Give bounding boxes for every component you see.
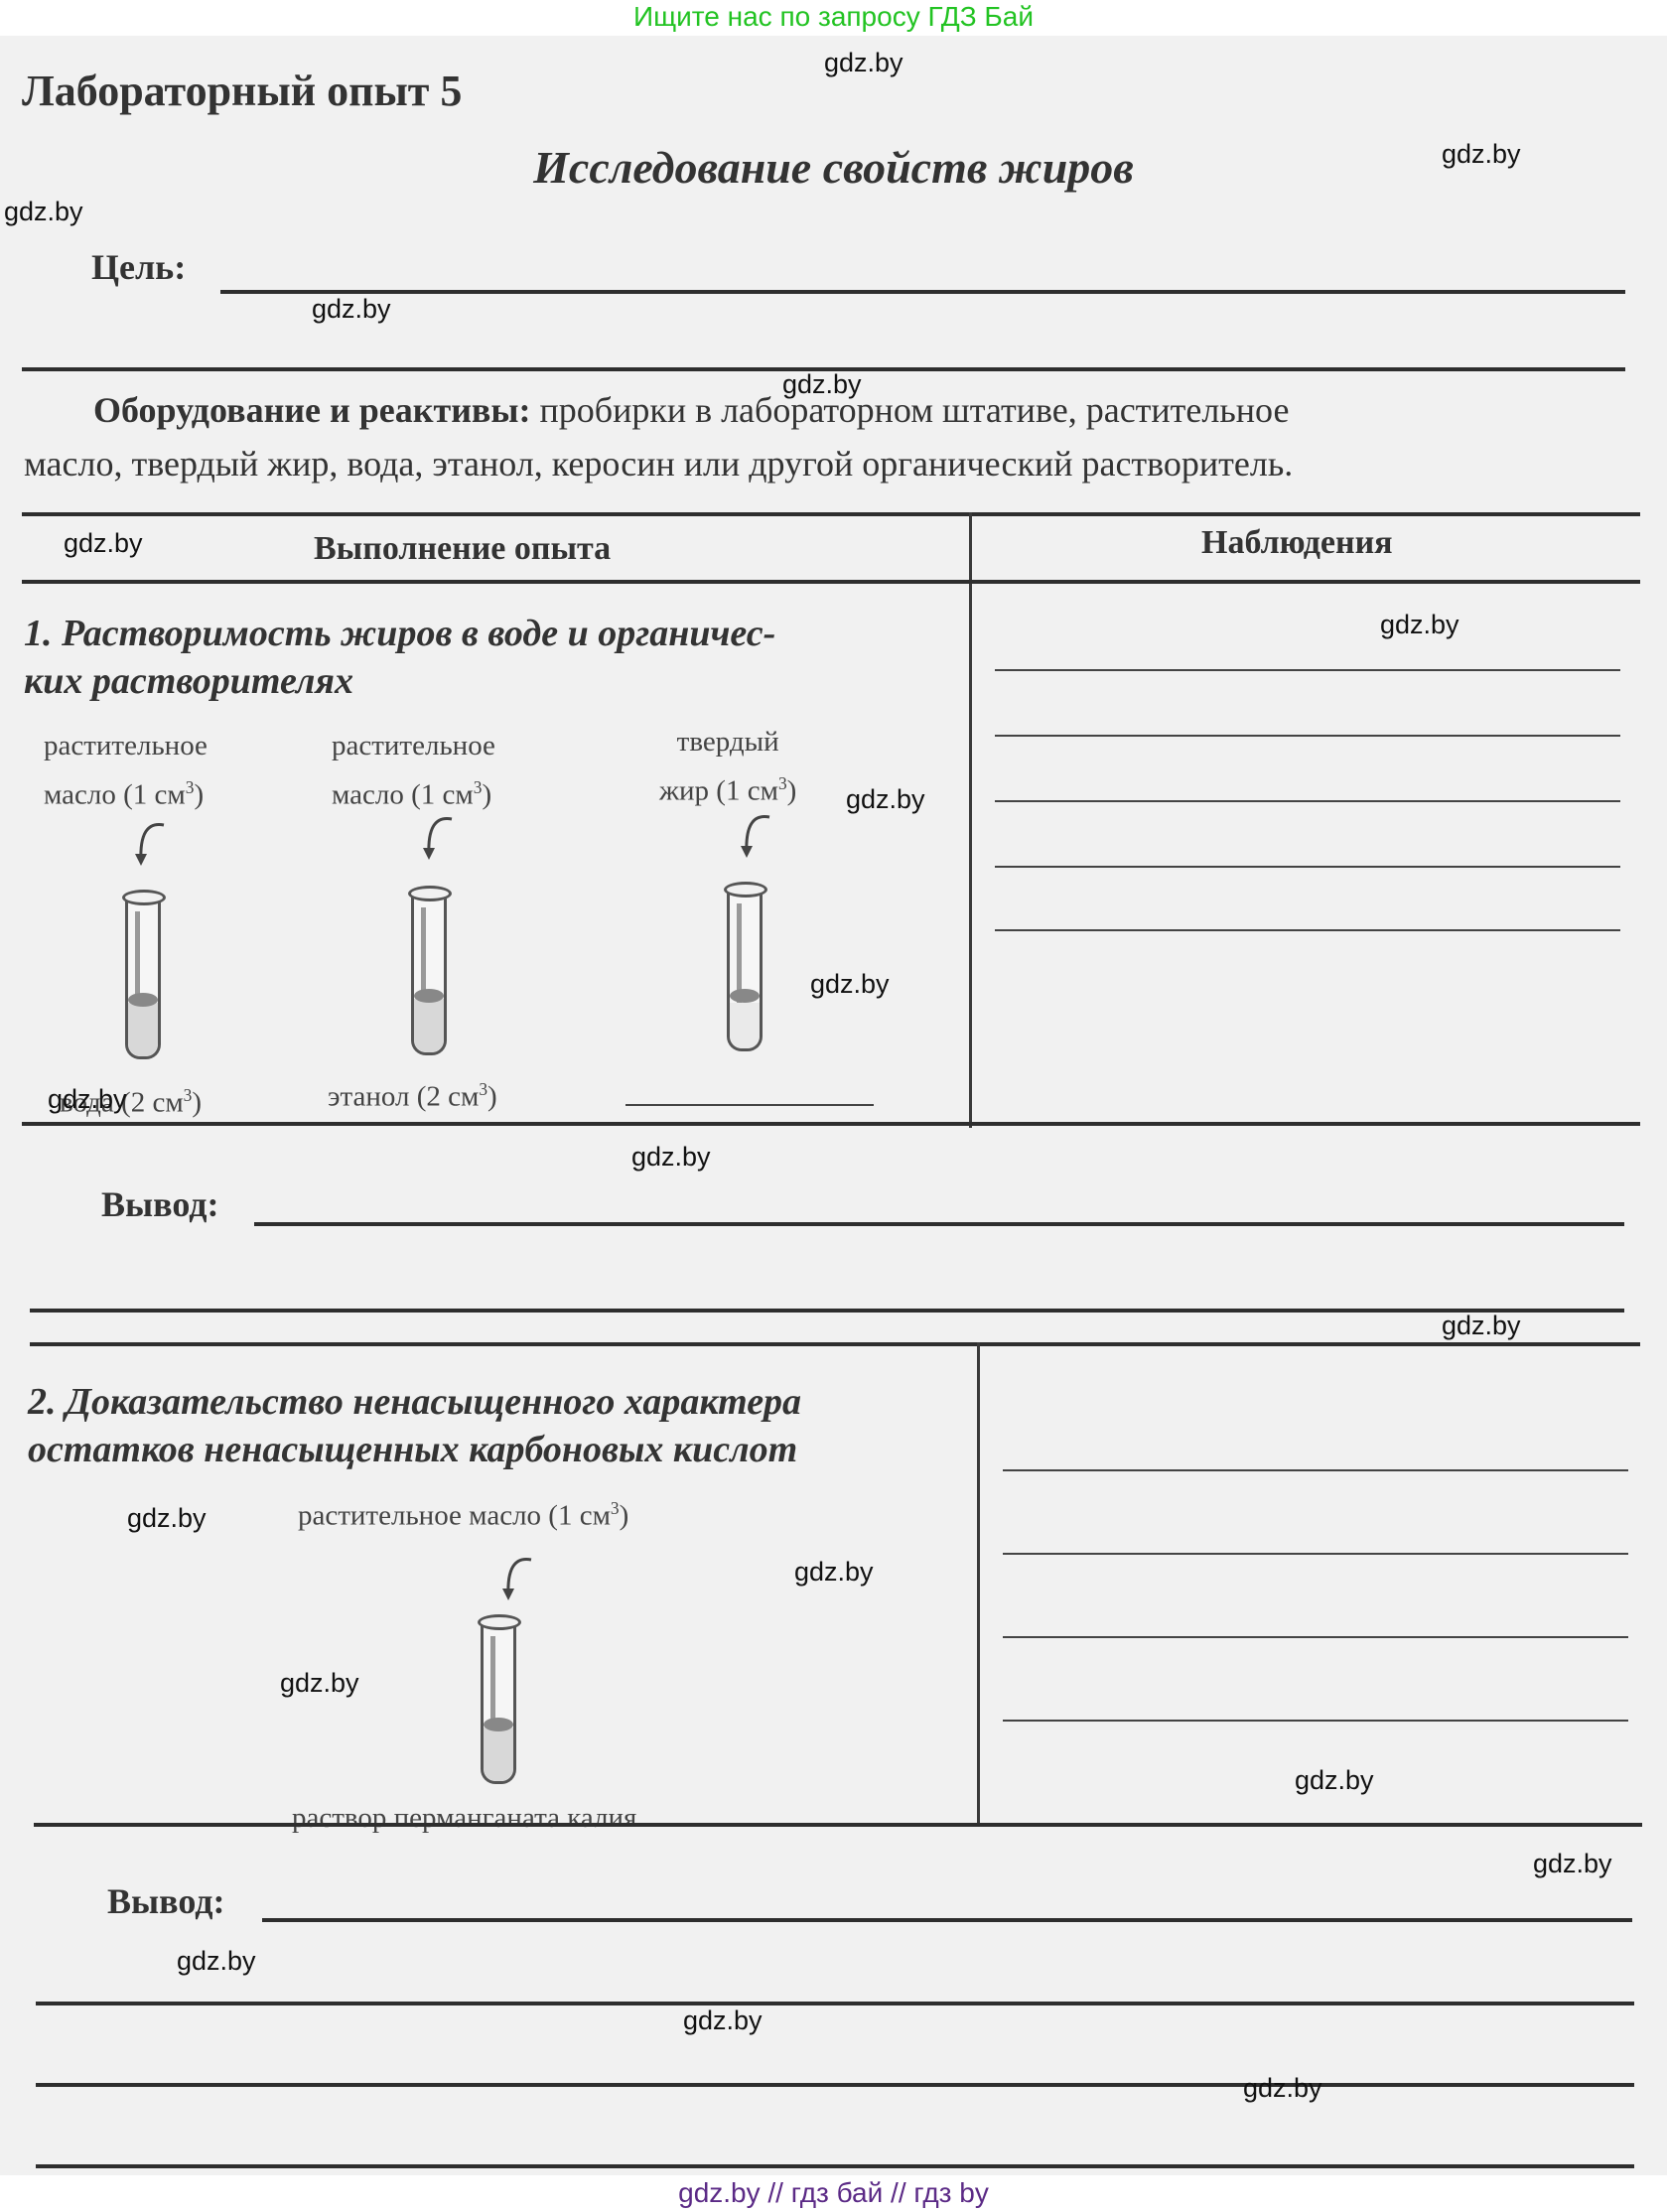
- observation-line[interactable]: [1003, 1636, 1628, 1638]
- watermark: gdz.by: [683, 2005, 763, 2036]
- experiment-2-title-line-2: остатков ненасыщенных карбоновых кислот: [28, 1426, 801, 1473]
- tube-1-top-line-1: растительное: [44, 725, 208, 766]
- watermark: gdz.by: [782, 369, 862, 400]
- goal-answer-line[interactable]: [220, 290, 1625, 294]
- equipment-text-2: масло, твердый жир, вода, этанол, кероси…: [24, 443, 1293, 484]
- watermark: gdz.by: [631, 1142, 711, 1173]
- workbook-page: Лабораторный опыт 5 Исследование свойств…: [0, 36, 1667, 2175]
- watermark: gdz.by: [1243, 2073, 1322, 2104]
- table-divider-1: [969, 512, 972, 1128]
- test-tube-3: [727, 890, 763, 1051]
- table-header-border: [22, 580, 1640, 584]
- exp2-bottom-label: раствор перманганата калия: [292, 1797, 636, 1839]
- conclusion-2-line-4[interactable]: [36, 2164, 1634, 2168]
- watermark: gdz.by: [810, 969, 890, 1000]
- equipment-text-1: пробирки в лабораторном штативе, растите…: [539, 390, 1289, 430]
- watermark: gdz.by: [280, 1668, 359, 1699]
- experiment-1-title: 1. Растворимость жиров в воде и органиче…: [24, 610, 775, 705]
- watermark: gdz.by: [824, 48, 903, 78]
- search-banner[interactable]: Ищите нас по запросу ГДЗ Бай: [0, 0, 1667, 36]
- tube-3-top-line-1: твердый: [659, 721, 796, 762]
- tube-3-top-line-2: жир (1 см3): [659, 762, 796, 812]
- table-divider-2: [977, 1342, 980, 1827]
- watermark: gdz.by: [794, 1557, 874, 1588]
- tube-1-top-line-2: масло (1 см3): [44, 766, 208, 816]
- watermark: gdz.by: [846, 784, 925, 815]
- conclusion-2-line-3[interactable]: [36, 2083, 1634, 2087]
- experiment-1-bottom-border: [22, 1122, 1640, 1126]
- tube-3-bottom-blank[interactable]: [625, 1104, 874, 1106]
- watermark: gdz.by: [64, 528, 143, 559]
- experiment-2-title-line-1: 2. Доказательство ненасыщенного характер…: [28, 1378, 801, 1426]
- watermark: gdz.by: [1380, 610, 1459, 640]
- watermark: gdz.by: [1295, 1765, 1374, 1796]
- pour-arrow-icon: [129, 820, 169, 870]
- conclusion-2-line[interactable]: [262, 1918, 1632, 1922]
- watermark: gdz.by: [127, 1503, 207, 1534]
- test-tube-2: [411, 894, 447, 1055]
- footer-links[interactable]: gdz.by // гдз бай // гдз by: [0, 2175, 1667, 2212]
- watermark: gdz.by: [1442, 139, 1521, 170]
- test-tube-permanganate: [481, 1622, 516, 1784]
- watermark: gdz.by: [48, 1084, 127, 1115]
- exp2-top-label: растительное масло (1 см3): [298, 1487, 628, 1537]
- experiment-2-title: 2. Доказательство ненасыщенного характер…: [28, 1378, 801, 1473]
- table-2-top-border: [30, 1342, 1640, 1346]
- page-subtitle: Исследование свойств жиров: [0, 141, 1667, 194]
- tube-2-top-line-2: масло (1 см3): [332, 766, 495, 816]
- watermark: gdz.by: [177, 1946, 256, 1977]
- observation-line[interactable]: [1003, 1469, 1628, 1471]
- conclusion-1-line[interactable]: [254, 1222, 1624, 1226]
- equipment-line-1: Оборудование и реактивы: пробирки в лабо…: [93, 389, 1642, 431]
- experiment-2-bottom-border: [34, 1823, 1642, 1827]
- watermark: gdz.by: [1442, 1311, 1521, 1341]
- tube-3-top-label: твердый жир (1 см3): [659, 721, 796, 812]
- goal-label: Цель:: [91, 246, 186, 288]
- equipment-label: Оборудование и реактивы:: [93, 390, 530, 430]
- observation-line[interactable]: [995, 735, 1620, 737]
- watermark: gdz.by: [4, 197, 83, 227]
- tube-2-top-line-1: растительное: [332, 725, 495, 766]
- conclusion-1-label: Вывод:: [101, 1183, 218, 1225]
- observation-line[interactable]: [995, 929, 1620, 931]
- conclusion-2-line-2[interactable]: [36, 2002, 1634, 2005]
- pour-arrow-icon: [735, 812, 774, 862]
- table-top-border: [22, 512, 1640, 516]
- pour-arrow-icon: [417, 814, 457, 864]
- pour-arrow-icon: [496, 1555, 536, 1604]
- experiment-1-title-line-2: ких растворителях: [24, 657, 775, 705]
- page-title: Лабораторный опыт 5: [22, 66, 462, 116]
- conclusion-2-label: Вывод:: [107, 1880, 224, 1922]
- watermark: gdz.by: [312, 294, 391, 325]
- experiment-1-title-line-1: 1. Растворимость жиров в воде и органиче…: [24, 610, 775, 657]
- conclusion-1-line-2[interactable]: [30, 1309, 1624, 1313]
- watermark: gdz.by: [1533, 1849, 1612, 1879]
- observation-line[interactable]: [995, 800, 1620, 802]
- column-header-procedure: Выполнение опыта: [314, 530, 611, 568]
- tube-1-top-label: растительное масло (1 см3): [44, 725, 208, 816]
- observation-line[interactable]: [1003, 1553, 1628, 1555]
- column-header-observations: Наблюдения: [1201, 524, 1393, 562]
- observation-line[interactable]: [995, 669, 1620, 671]
- observation-line[interactable]: [1003, 1720, 1628, 1722]
- observation-line[interactable]: [995, 866, 1620, 868]
- tube-2-bottom-label: этанол (2 см3): [328, 1068, 497, 1118]
- test-tube-1: [125, 898, 161, 1059]
- tube-2-top-label: растительное масло (1 см3): [332, 725, 495, 816]
